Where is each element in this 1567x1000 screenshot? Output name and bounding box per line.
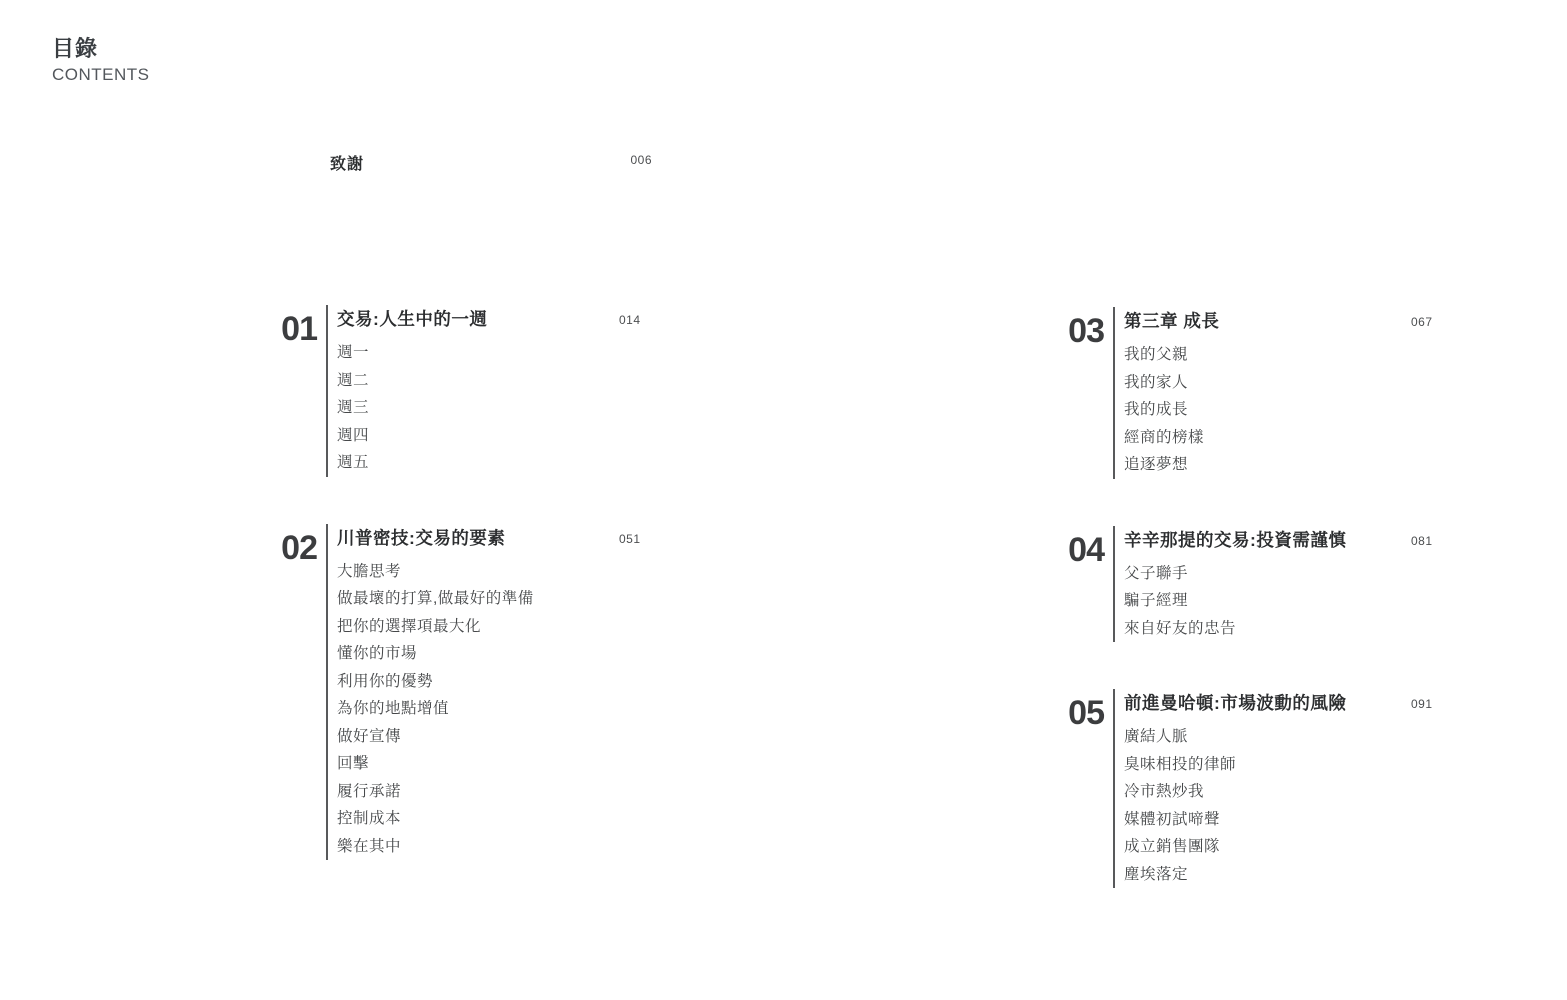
chapter-page-number: 081 (1411, 534, 1433, 548)
chapter-title: 前進曼哈頓:市場波動的風險 (1124, 690, 1454, 716)
page-header: 目錄 CONTENTS (52, 36, 150, 85)
chapter-entry: 04辛辛那提的交易:投資需謹慎081父子聯手騙子經理來自好友的忠告 (1068, 526, 1454, 643)
chapter-item-list: 廣結人脈臭味相投的律師冷市熱炒我媒體初試啼聲成立銷售團隊塵埃落定 (1124, 723, 1454, 888)
toc-item: 利用你的優勢 (337, 668, 667, 696)
front-matter-label: 致謝 (330, 151, 364, 174)
toc-item: 臭味相投的律師 (1124, 751, 1454, 779)
chapter-body: 辛辛那提的交易:投資需謹慎081父子聯手騙子經理來自好友的忠告 (1113, 526, 1454, 643)
toc-item: 冷市熱炒我 (1124, 778, 1454, 806)
chapter-entry: 02川普密技:交易的要素051大膽思考做最壞的打算,做最好的準備把你的選擇項最大… (281, 524, 667, 861)
toc-column-left: 01交易:人生中的一週014週一週二週三週四週五02川普密技:交易的要素051大… (281, 305, 667, 907)
chapter-item-list: 我的父親我的家人我的成長經商的榜樣追逐夢想 (1124, 341, 1454, 479)
toc-column-right: 03第三章 成長067我的父親我的家人我的成長經商的榜樣追逐夢想04辛辛那提的交… (1068, 307, 1454, 935)
page-title: 目錄 (52, 36, 150, 62)
chapter-entry: 03第三章 成長067我的父親我的家人我的成長經商的榜樣追逐夢想 (1068, 307, 1454, 479)
toc-item: 週一 (337, 339, 667, 367)
chapter-page-number: 091 (1411, 697, 1433, 711)
chapter-item-list: 父子聯手騙子經理來自好友的忠告 (1124, 560, 1454, 643)
front-matter-entry: 致謝 006 (330, 151, 652, 174)
toc-item: 做最壞的打算,做最好的準備 (337, 585, 667, 613)
toc-item: 來自好友的忠告 (1124, 615, 1454, 643)
toc-item: 做好宣傳 (337, 723, 667, 751)
toc-page: 目錄 CONTENTS 致謝 006 01交易:人生中的一週014週一週二週三週… (0, 0, 1567, 1000)
toc-item: 父子聯手 (1124, 560, 1454, 588)
toc-item: 我的父親 (1124, 341, 1454, 369)
toc-item: 為你的地點增值 (337, 695, 667, 723)
toc-item: 控制成本 (337, 805, 667, 833)
toc-item: 週四 (337, 422, 667, 450)
chapter-number: 04 (1068, 526, 1113, 643)
toc-item: 成立銷售團隊 (1124, 833, 1454, 861)
chapter-number: 02 (281, 524, 326, 861)
toc-item: 廣結人脈 (1124, 723, 1454, 751)
toc-item: 週三 (337, 394, 667, 422)
chapter-body: 川普密技:交易的要素051大膽思考做最壞的打算,做最好的準備把你的選擇項最大化懂… (326, 524, 667, 861)
chapter-title: 交易:人生中的一週 (337, 306, 667, 332)
chapter-page-number: 051 (619, 532, 641, 546)
chapter-body: 前進曼哈頓:市場波動的風險091廣結人脈臭味相投的律師冷市熱炒我媒體初試啼聲成立… (1113, 689, 1454, 888)
chapter-title: 第三章 成長 (1124, 308, 1454, 334)
toc-item: 週五 (337, 449, 667, 477)
toc-item: 樂在其中 (337, 833, 667, 861)
chapter-entry: 05前進曼哈頓:市場波動的風險091廣結人脈臭味相投的律師冷市熱炒我媒體初試啼聲… (1068, 689, 1454, 888)
toc-item: 經商的榜樣 (1124, 424, 1454, 452)
toc-item: 媒體初試啼聲 (1124, 806, 1454, 834)
toc-item: 週二 (337, 367, 667, 395)
chapter-entry: 01交易:人生中的一週014週一週二週三週四週五 (281, 305, 667, 477)
toc-item: 懂你的市場 (337, 640, 667, 668)
toc-item: 把你的選擇項最大化 (337, 613, 667, 641)
toc-item: 騙子經理 (1124, 587, 1454, 615)
chapter-number: 05 (1068, 689, 1113, 888)
toc-item: 回擊 (337, 750, 667, 778)
front-matter-page-number: 006 (630, 153, 652, 167)
toc-item: 追逐夢想 (1124, 451, 1454, 479)
toc-item: 我的成長 (1124, 396, 1454, 424)
chapter-body: 第三章 成長067我的父親我的家人我的成長經商的榜樣追逐夢想 (1113, 307, 1454, 479)
chapter-body: 交易:人生中的一週014週一週二週三週四週五 (326, 305, 667, 477)
chapter-title: 辛辛那提的交易:投資需謹慎 (1124, 527, 1454, 553)
toc-item: 履行承諾 (337, 778, 667, 806)
chapter-item-list: 週一週二週三週四週五 (337, 339, 667, 477)
chapter-number: 01 (281, 305, 326, 477)
toc-item: 大膽思考 (337, 558, 667, 586)
page-subtitle: CONTENTS (52, 65, 150, 85)
chapter-page-number: 067 (1411, 315, 1433, 329)
chapter-number: 03 (1068, 307, 1113, 479)
toc-item: 我的家人 (1124, 369, 1454, 397)
chapter-page-number: 014 (619, 313, 641, 327)
chapter-item-list: 大膽思考做最壞的打算,做最好的準備把你的選擇項最大化懂你的市場利用你的優勢為你的… (337, 558, 667, 861)
toc-item: 塵埃落定 (1124, 861, 1454, 889)
chapter-title: 川普密技:交易的要素 (337, 525, 667, 551)
